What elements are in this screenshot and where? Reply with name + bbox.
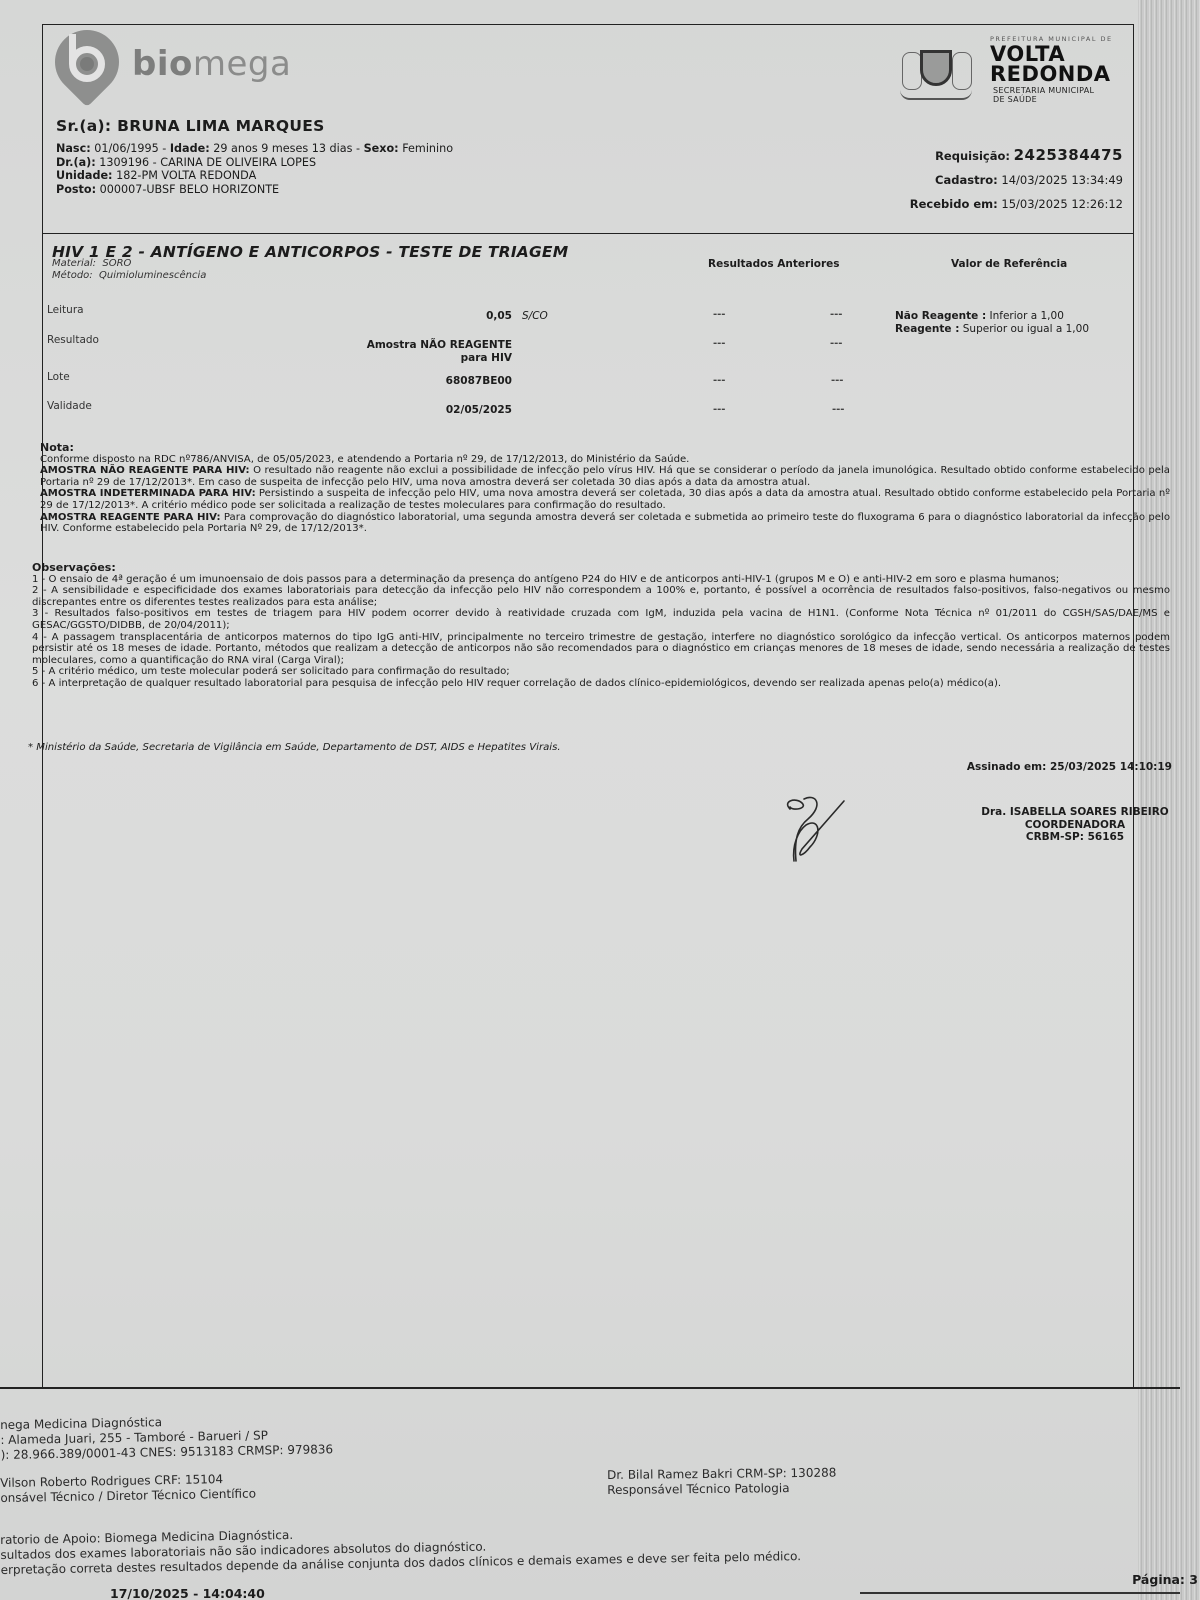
- row-label-lote: Lote: [47, 371, 70, 383]
- validade-value: 02/05/2025: [446, 404, 512, 417]
- previous-result: ---: [713, 404, 725, 415]
- reference-values: Não Reagente : Inferior a 1,00 Reagente …: [895, 310, 1089, 335]
- stacked-page-edges: [1138, 0, 1200, 1600]
- previous-result: ---: [832, 404, 844, 415]
- footer-tech-responsible: Vilson Roberto Rodrigues CRF: 15104 onsá…: [0, 1472, 256, 1506]
- requisition-number: Requisição: 2425384475: [935, 146, 1123, 164]
- previous-result: ---: [830, 338, 842, 349]
- exam-method: Método: Quimioluminescência: [52, 270, 206, 282]
- leitura-value: 0,05: [486, 310, 512, 323]
- observacoes-section: Observações: 1 - O ensaio de 4ª geração …: [32, 562, 1170, 690]
- footer-lab-info: nega Medicina Diagnóstica : Alameda Juar…: [0, 1412, 333, 1463]
- observation-item: 4 - A passagem transplacentária de antic…: [32, 632, 1170, 667]
- signer-block: Dra. ISABELLA SOARES RIBEIRO COORDENADOR…: [965, 806, 1185, 844]
- page-number: Página: 3: [1132, 1572, 1198, 1587]
- previous-result: ---: [713, 375, 725, 386]
- reference-value-header: Valor de Referência: [951, 258, 1067, 270]
- received-date: Recebido em: 15/03/2025 12:26:12: [910, 197, 1123, 211]
- printed-timestamp: 17/10/2025 - 14:04:40: [110, 1586, 265, 1600]
- previous-result: ---: [830, 309, 842, 320]
- municipality-name: VOLTA REDONDA: [990, 44, 1111, 84]
- previous-result: ---: [831, 375, 843, 386]
- secretaria-label: SECRETARIA MUNICIPAL DE SAÚDE: [993, 87, 1094, 104]
- biomega-logo-icon: [55, 30, 125, 100]
- patient-info: Nasc: 01/06/1995 - Idade: 29 anos 9 mese…: [56, 142, 453, 196]
- observation-item: 5 - A critério médico, um teste molecula…: [32, 666, 1170, 678]
- row-label-resultado: Resultado: [47, 334, 99, 346]
- biomega-brand: biomega: [132, 44, 291, 84]
- volta-redonda-crest-icon: [900, 42, 972, 102]
- cadastro-date: Cadastro: 14/03/2025 13:34:49: [935, 173, 1123, 187]
- previous-result: ---: [713, 338, 725, 349]
- previous-results-header: Resultados Anteriores: [708, 258, 840, 270]
- signed-at: Assinado em: 25/03/2025 14:10:19: [967, 761, 1172, 773]
- row-label-leitura: Leitura: [47, 304, 84, 316]
- observation-item: 1 - O ensaio de 4ª geração é um imunoens…: [32, 574, 1170, 586]
- observation-item: 3 - Resultados falso-positivos em testes…: [32, 608, 1170, 631]
- observation-item: 6 - A interpretação de qualquer resultad…: [32, 678, 1170, 690]
- leitura-unit: S/CO: [522, 310, 548, 322]
- observation-item: 2 - A sensibilidade e especificidade dos…: [32, 585, 1170, 608]
- footer-pathology-responsible: Dr. Bilal Ramez Bakri CRM-SP: 130288 Res…: [607, 1466, 837, 1498]
- bottom-divider: [860, 1592, 1180, 1594]
- resultado-value: Amostra NÃO REAGENTEpara HIV: [367, 339, 512, 365]
- footer-divider: [0, 1387, 1180, 1389]
- row-label-validade: Validade: [47, 400, 92, 412]
- lote-value: 68087BE00: [446, 375, 512, 388]
- ministry-footnote: * Ministério da Saúde, Secretaria de Vig…: [28, 742, 561, 753]
- patient-name: Sr.(a): BRUNA LIMA MARQUES: [56, 117, 325, 135]
- exam-material: Material: SORO: [52, 258, 131, 270]
- nota-section: Nota: Conforme disposto na RDC nº786/ANV…: [40, 442, 1170, 535]
- previous-result: ---: [713, 309, 725, 320]
- handwritten-signature-icon: [782, 795, 872, 865]
